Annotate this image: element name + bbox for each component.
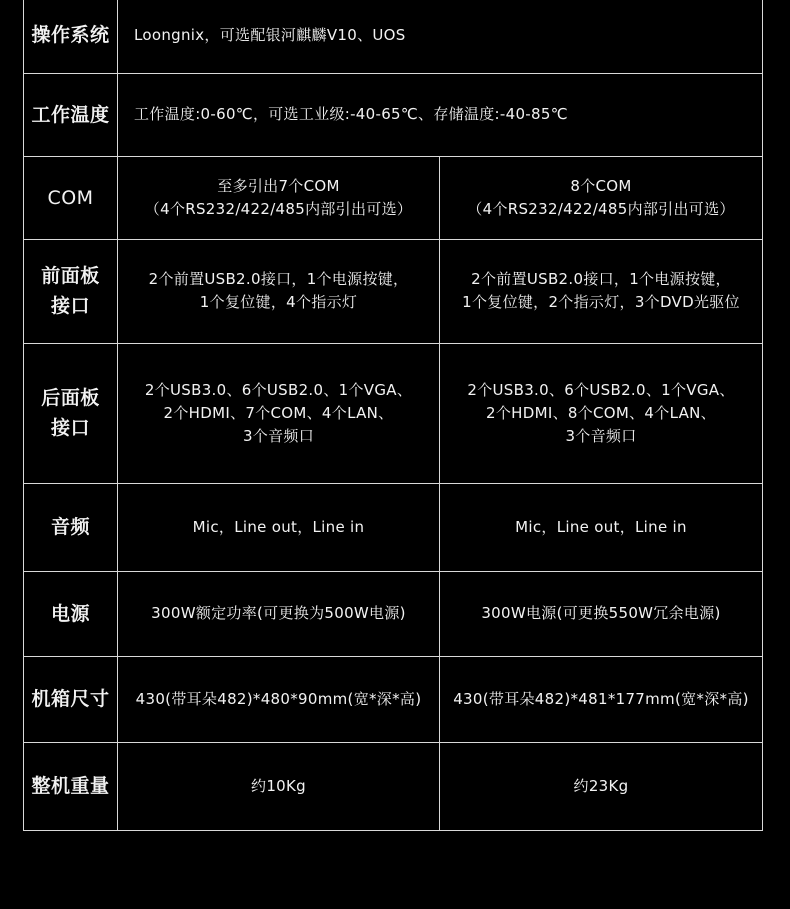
row-label-power: 电源 bbox=[24, 571, 118, 656]
spec-table: 操作系统 Loongnix，可选配银河麒麟V10、UOS 工作温度 工作温度:0… bbox=[23, 0, 763, 831]
row-temperature: 工作温度 工作温度:0-60℃，可选工业级:-40-65℃、存储温度:-40-8… bbox=[24, 73, 763, 156]
row-value-weight-model-a: 约10Kg bbox=[118, 742, 440, 830]
row-label-temperature: 工作温度 bbox=[24, 73, 118, 156]
row-power: 电源 300W额定功率(可更换为500W电源) 300W电源(可更换550W冗余… bbox=[24, 571, 763, 656]
row-value-rear-panel-model-b: 2个USB3.0、6个USB2.0、1个VGA、 2个HDMI、8个COM、4个… bbox=[440, 343, 763, 483]
row-value-com-model-b: 8个COM （4个RS232/422/485内部引出可选） bbox=[440, 156, 763, 239]
row-label-weight: 整机重量 bbox=[24, 742, 118, 830]
row-value-power-model-a: 300W额定功率(可更换为500W电源) bbox=[118, 571, 440, 656]
row-value-os: Loongnix，可选配银河麒麟V10、UOS bbox=[118, 0, 763, 73]
row-label-os: 操作系统 bbox=[24, 0, 118, 73]
row-value-front-panel-model-a: 2个前置USB2.0接口，1个电源按键， 1个复位键，4个指示灯 bbox=[118, 239, 440, 343]
row-value-weight-model-b: 约23Kg bbox=[440, 742, 763, 830]
row-com: COM 至多引出7个COM （4个RS232/422/485内部引出可选） 8个… bbox=[24, 156, 763, 239]
row-value-power-model-b: 300W电源(可更换550W冗余电源) bbox=[440, 571, 763, 656]
row-label-rear-panel: 后面板 接口 bbox=[24, 343, 118, 483]
row-value-temperature: 工作温度:0-60℃，可选工业级:-40-65℃、存储温度:-40-85℃ bbox=[118, 73, 763, 156]
row-label-audio: 音频 bbox=[24, 483, 118, 571]
row-label-front-panel: 前面板 接口 bbox=[24, 239, 118, 343]
row-os: 操作系统 Loongnix，可选配银河麒麟V10、UOS bbox=[24, 0, 763, 73]
row-label-chassis-size: 机箱尺寸 bbox=[24, 656, 118, 742]
row-label-com: COM bbox=[24, 156, 118, 239]
row-value-front-panel-model-b: 2个前置USB2.0接口，1个电源按键， 1个复位键，2个指示灯，3个DVD光驱… bbox=[440, 239, 763, 343]
row-value-com-model-a: 至多引出7个COM （4个RS232/422/485内部引出可选） bbox=[118, 156, 440, 239]
row-chassis-size: 机箱尺寸 430(带耳朵482)*480*90mm(宽*深*高) 430(带耳朵… bbox=[24, 656, 763, 742]
row-value-audio-model-b: Mic，Line out，Line in bbox=[440, 483, 763, 571]
row-value-chassis-size-model-b: 430(带耳朵482)*481*177mm(宽*深*高) bbox=[440, 656, 763, 742]
row-audio: 音频 Mic，Line out，Line in Mic，Line out，Lin… bbox=[24, 483, 763, 571]
row-rear-panel: 后面板 接口 2个USB3.0、6个USB2.0、1个VGA、 2个HDMI、7… bbox=[24, 343, 763, 483]
row-value-rear-panel-model-a: 2个USB3.0、6个USB2.0、1个VGA、 2个HDMI、7个COM、4个… bbox=[118, 343, 440, 483]
row-value-audio-model-a: Mic，Line out，Line in bbox=[118, 483, 440, 571]
row-front-panel: 前面板 接口 2个前置USB2.0接口，1个电源按键， 1个复位键，4个指示灯 … bbox=[24, 239, 763, 343]
row-weight: 整机重量 约10Kg 约23Kg bbox=[24, 742, 763, 830]
row-value-chassis-size-model-a: 430(带耳朵482)*480*90mm(宽*深*高) bbox=[118, 656, 440, 742]
